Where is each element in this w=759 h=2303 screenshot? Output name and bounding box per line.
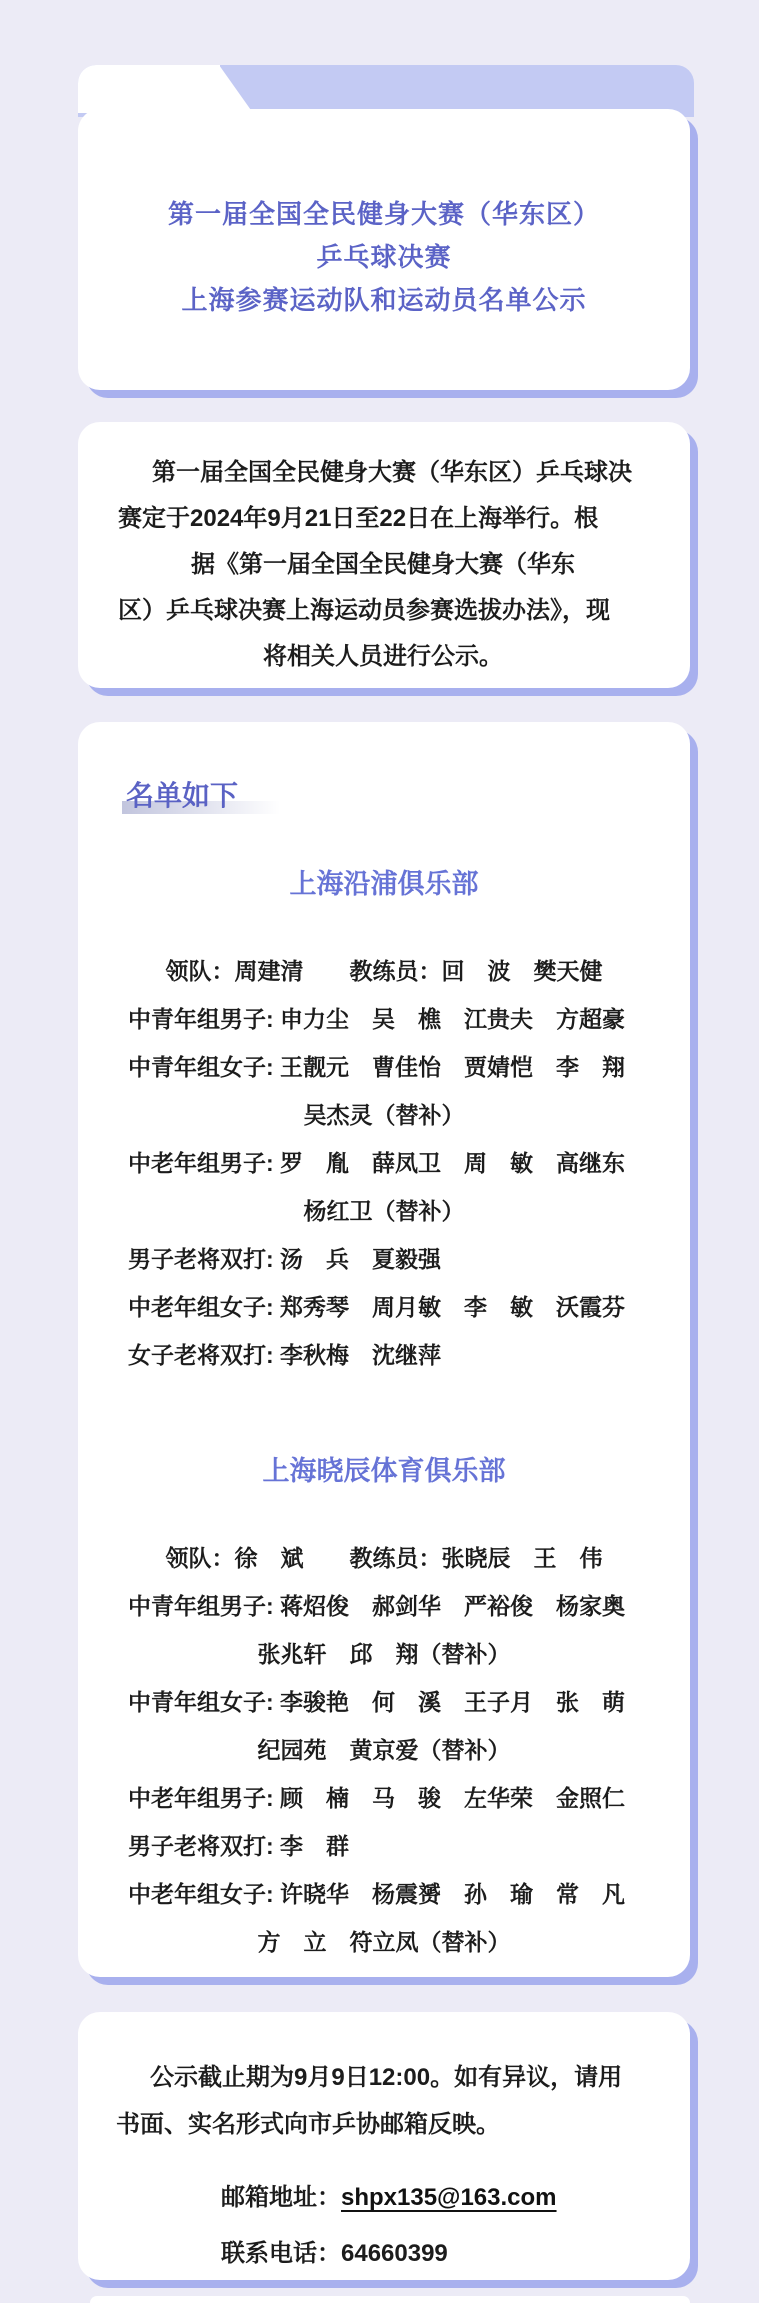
intro-line: 将相关人员进行公示。: [118, 634, 648, 680]
roster-row: 中老年组男子: 顾 楠 马 骏 左华荣 金照仁: [78, 1774, 690, 1822]
footer-notice-line: 书面、实名形式向市乒协邮箱反映。: [116, 2101, 670, 2148]
roster-row: 男子老将双打: 李 群: [78, 1822, 690, 1870]
roster-row-substitute: 纪园苑 黄京爱（替补）: [78, 1726, 690, 1774]
email-label: 邮箱地址：: [221, 2184, 341, 2211]
club-section-xiaochen: 上海晓辰体育俱乐部 领队：徐 斌 教练员：张晓辰 王 伟 中青年组男子: 蒋炤俊…: [78, 1449, 690, 1966]
roster-heading-block: 名单如下: [126, 774, 690, 810]
footer-notice-line: 公示截止期为9月9日12:00。如有异议，请用: [116, 2054, 670, 2101]
roster-row: 中青年组女子: 王靓元 曹佳怡 贾婧恺 李 翔: [78, 1043, 690, 1091]
intro-line: 据《第一届全国全民健身大赛（华东: [118, 542, 648, 588]
club-leaders-row: 领队：周建清 教练员：回 波 樊天健: [78, 947, 690, 995]
page-title: 第一届全国全民健身大赛（华东区） 乒乓球决赛 上海参赛运动队和运动员名单公示: [78, 109, 690, 322]
header-card-body: 第一届全国全民健身大赛（华东区） 乒乓球决赛 上海参赛运动队和运动员名单公示: [78, 109, 690, 390]
email-row: 邮箱地址：shpx135@163.com: [221, 2170, 670, 2226]
club-section-yanpu: 上海沿浦俱乐部 领队：周建清 教练员：回 波 樊天健 中青年组男子: 申力尘 吴…: [78, 862, 690, 1379]
intro-line: 赛定于2024年9月21日至22日在上海举行。根: [118, 496, 648, 542]
roster-row: 中老年组男子: 罗 胤 薛凤卫 周 敏 高继东: [78, 1139, 690, 1187]
club-leaders-row: 领队：徐 斌 教练员：张晓辰 王 伟: [78, 1534, 690, 1582]
club-name: 上海晓辰体育俱乐部: [78, 1449, 690, 1488]
intro-line: 第一届全国全民健身大赛（华东区）乒乓球决: [118, 450, 648, 496]
email-link[interactable]: shpx135@163.com: [341, 2184, 557, 2211]
phone-row: 联系电话：64660399: [221, 2226, 670, 2282]
intro-line: 区）乒乓球决赛上海运动员参赛选拔办法》，现: [118, 588, 648, 634]
roster-row: 中青年组男子: 蒋炤俊 郝剑华 严裕俊 杨家奥: [78, 1582, 690, 1630]
folder-tab: [78, 65, 220, 113]
contact-block: 邮箱地址：shpx135@163.com 联系电话：64660399: [116, 2170, 670, 2282]
next-card-peek: [90, 2296, 690, 2303]
title-line-3: 上海参赛运动队和运动员名单公示: [78, 279, 690, 322]
roster-row-substitute: 张兆轩 邱 翔（替补）: [78, 1630, 690, 1678]
phone-label: 联系电话：: [221, 2240, 341, 2267]
roster-card: 名单如下 上海沿浦俱乐部 领队：周建清 教练员：回 波 樊天健 中青年组男子: …: [78, 722, 690, 1977]
footer-card: 公示截止期为9月9日12:00。如有异议，请用 书面、实名形式向市乒协邮箱反映。…: [78, 2012, 690, 2280]
club-name: 上海沿浦俱乐部: [78, 862, 690, 901]
roster-row: 中青年组女子: 李骏艳 何 溪 王子月 张 萌: [78, 1678, 690, 1726]
roster-row: 男子老将双打: 汤 兵 夏毅强: [78, 1235, 690, 1283]
roster-row: 中青年组男子: 申力尘 吴 樵 江贵夫 方超豪: [78, 995, 690, 1043]
title-line-1: 第一届全国全民健身大赛（华东区）: [78, 193, 690, 236]
roster-row-substitute: 杨红卫（替补）: [78, 1187, 690, 1235]
roster-row-substitute: 方 立 符立凤（替补）: [78, 1918, 690, 1966]
roster-row: 中老年组女子: 郑秀琴 周月敏 李 敏 沃霞芬: [78, 1283, 690, 1331]
roster-heading: 名单如下: [126, 774, 238, 814]
roster-row-substitute: 吴杰灵（替补）: [78, 1091, 690, 1139]
header-card: 第一届全国全民健身大赛（华东区） 乒乓球决赛 上海参赛运动队和运动员名单公示: [78, 65, 690, 390]
roster-row: 女子老将双打: 李秋梅 沈继萍: [78, 1331, 690, 1379]
phone-number: 64660399: [341, 2240, 448, 2267]
intro-card: 第一届全国全民健身大赛（华东区）乒乓球决 赛定于2024年9月21日至22日在上…: [78, 422, 690, 688]
page: 第一届全国全民健身大赛（华东区） 乒乓球决赛 上海参赛运动队和运动员名单公示 第…: [0, 0, 759, 2303]
roster-row: 中老年组女子: 许晓华 杨震赟 孙 瑜 常 凡: [78, 1870, 690, 1918]
title-line-2: 乒乓球决赛: [78, 236, 690, 279]
